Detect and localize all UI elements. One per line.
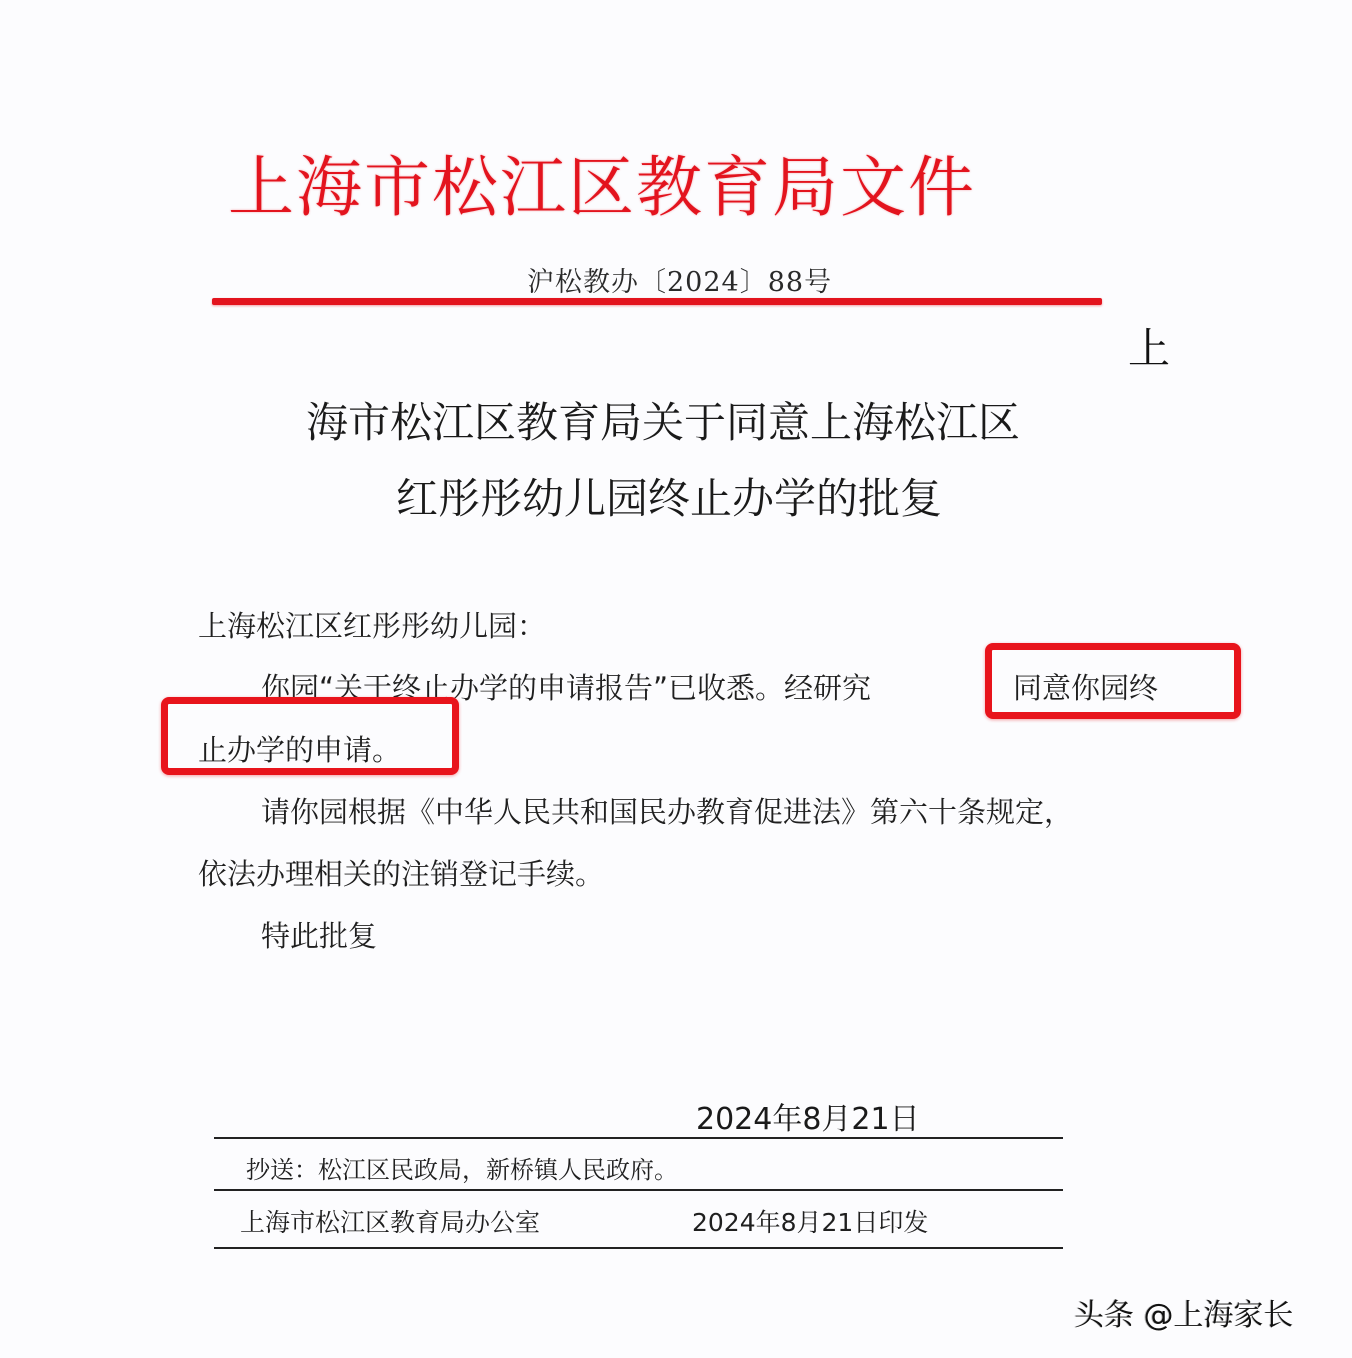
- document-header-title: 上海市松江区教育局文件: [228, 148, 976, 228]
- issue-date: 2024年8月21日印发: [692, 1203, 928, 1239]
- document-title-line-2: 红彤彤幼儿园终止办学的批复: [396, 466, 942, 526]
- footer-rule-bottom: [214, 1247, 1063, 1249]
- paragraph-2-line-2: 依法办理相关的注销登记手续。: [198, 852, 604, 893]
- paragraph-2-line-1: 请你园根据《中华人民共和国民办教育促进法》第六十条规定，: [261, 790, 1073, 831]
- highlight-box-approval: [985, 643, 1241, 719]
- red-divider-line: [212, 298, 1102, 305]
- cc-recipients: 抄送：松江区民政局，新桥镇人民政府。: [246, 1150, 678, 1185]
- footer-rule-middle: [214, 1189, 1063, 1191]
- source-watermark: 头条 @上海家长: [1074, 1290, 1294, 1334]
- signature-date: 2024年8月21日: [696, 1094, 920, 1138]
- title-leading-char: 上: [1128, 316, 1170, 376]
- salutation: 上海松江区红彤彤幼儿园：: [198, 604, 546, 645]
- issuing-office: 上海市松江区教育局办公室: [240, 1203, 540, 1239]
- document-number: 沪松教办〔2024〕88号: [527, 260, 832, 299]
- closing-phrase: 特此批复: [261, 914, 377, 955]
- document-title-line-1: 海市松江区教育局关于同意上海松江区: [306, 390, 1020, 450]
- highlight-box-approval-continuation: [161, 697, 459, 775]
- footer-rule-top: [214, 1137, 1063, 1139]
